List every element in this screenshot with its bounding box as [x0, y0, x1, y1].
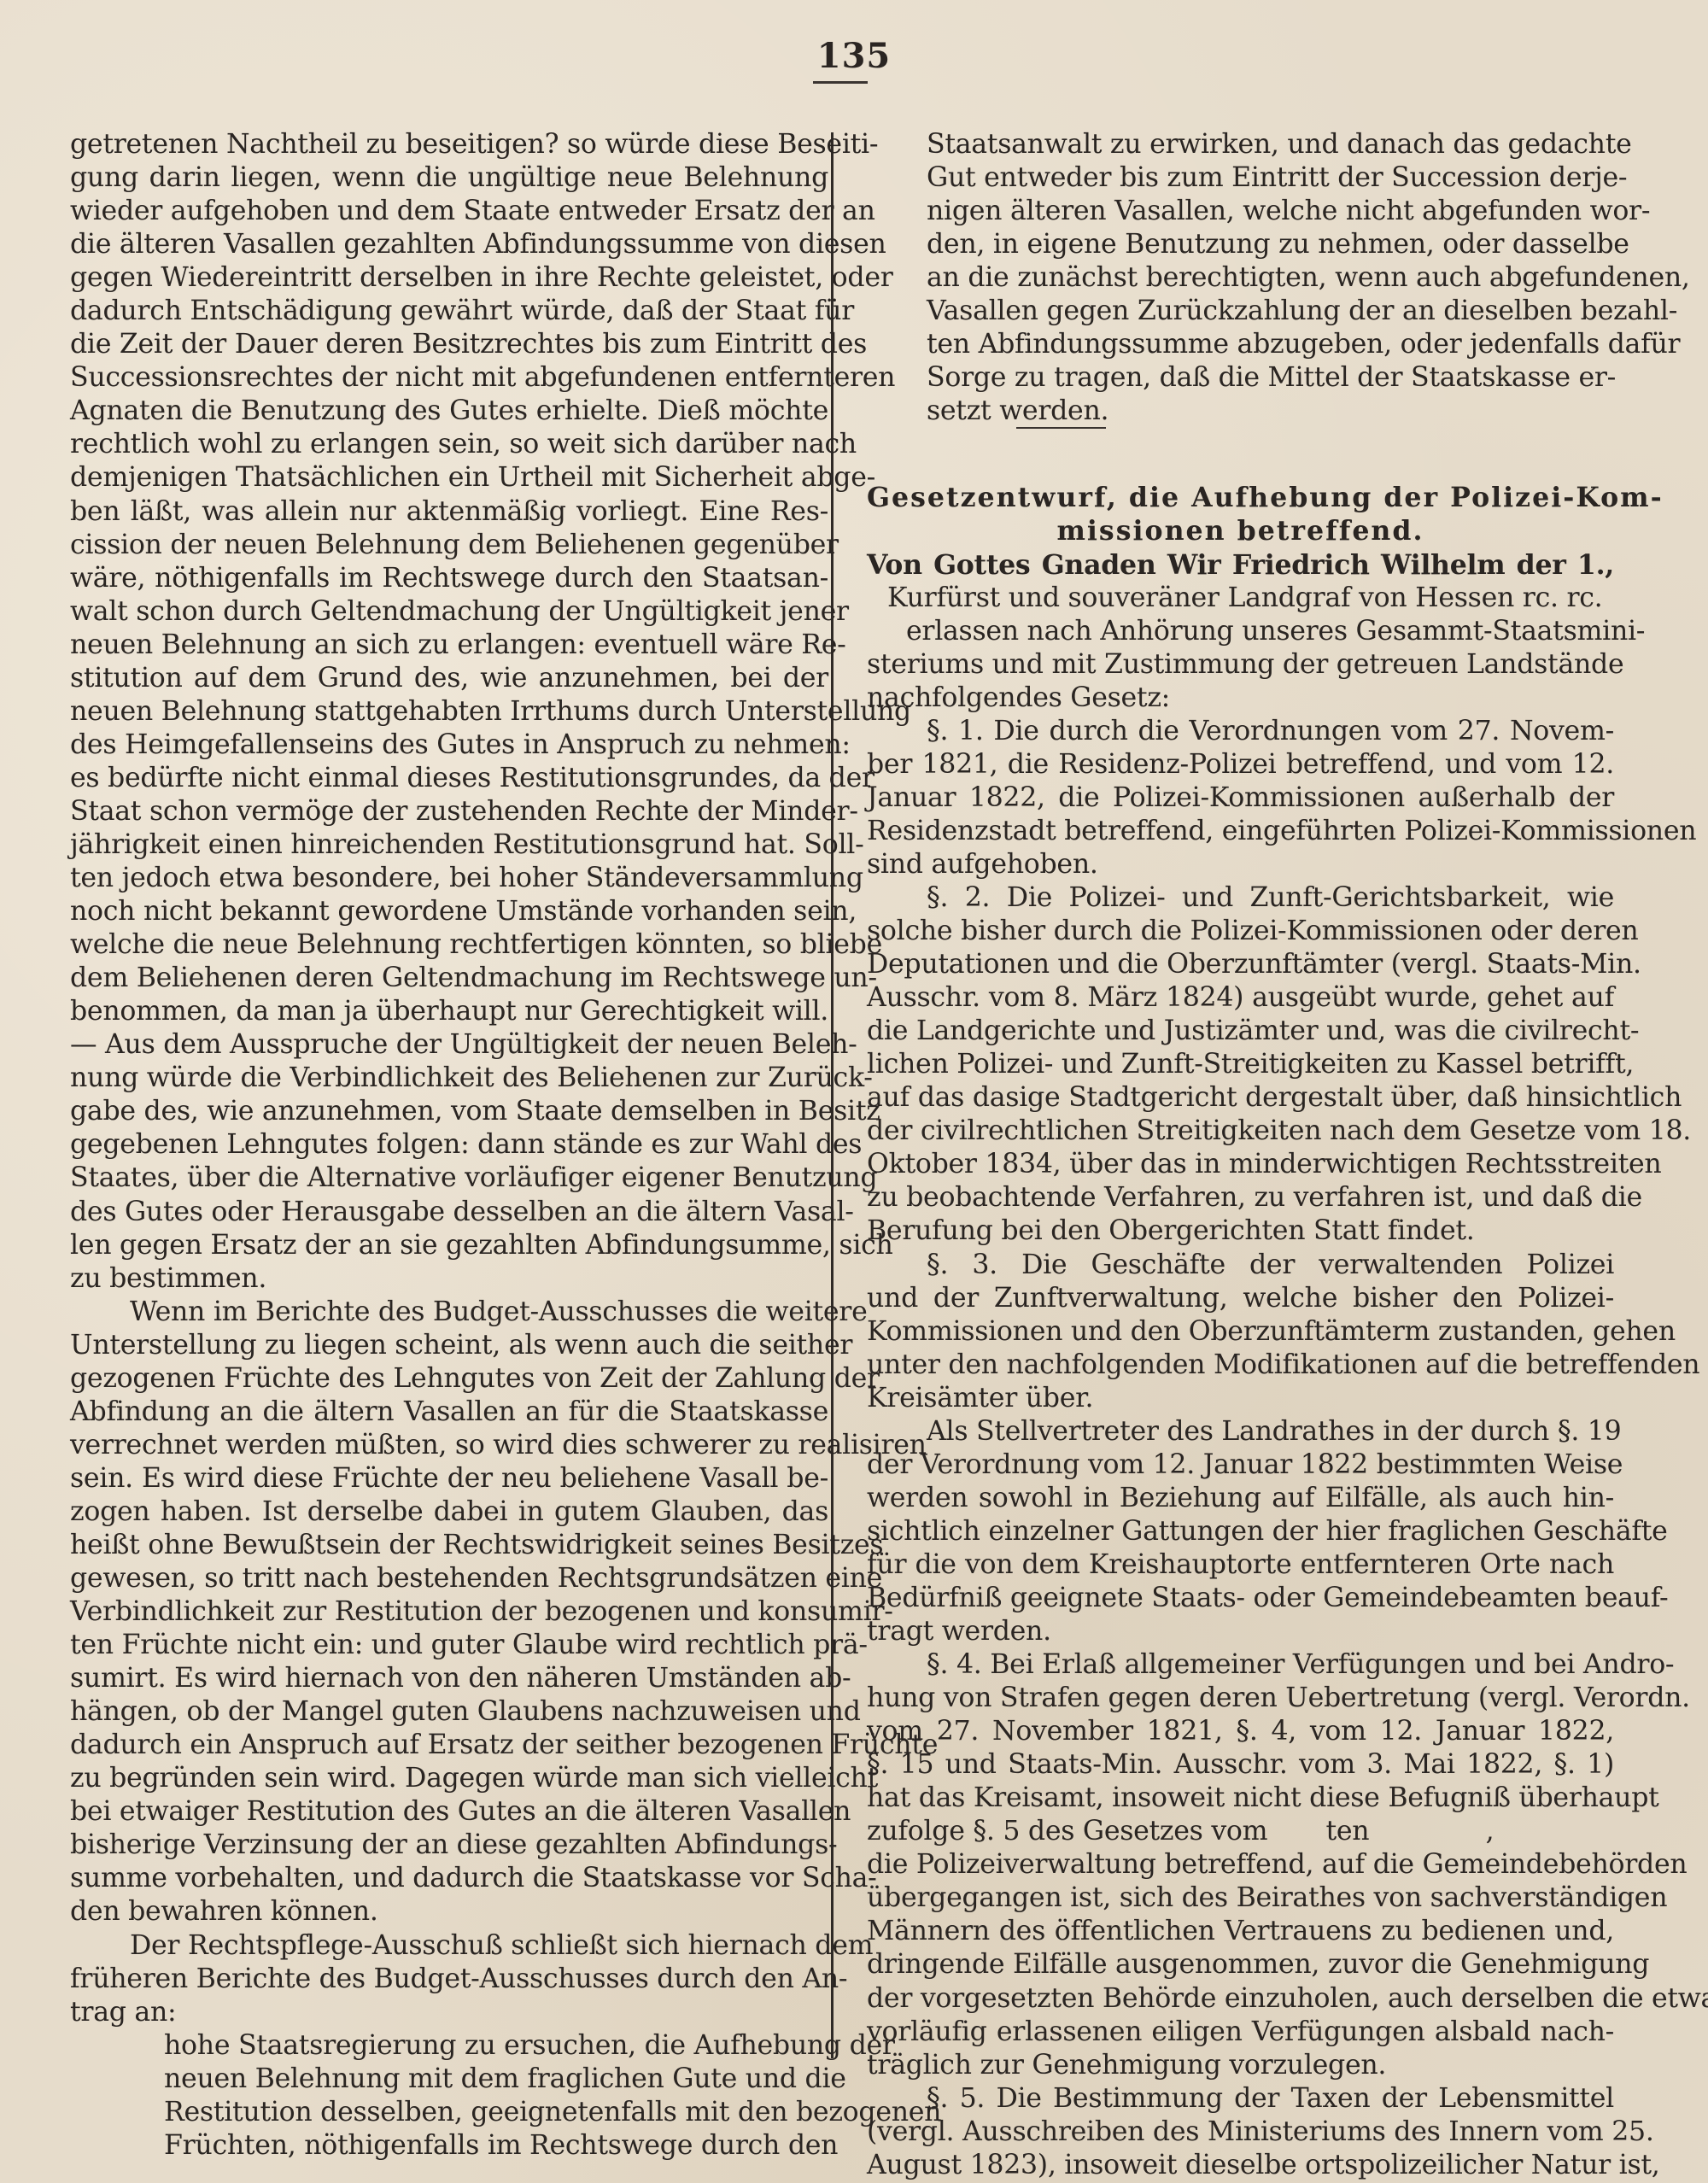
section-line: vom 27. November 1821, §. 4, vom 12. Jan…: [867, 1715, 1614, 1748]
text-line: stitution auf dem Grund des, wie anzuneh…: [70, 662, 828, 695]
section-line: der vorgesetzten Behörde einzuholen, auc…: [867, 1982, 1614, 2016]
text-line: zu begründen sein wird. Dagegen würde ma…: [70, 1762, 828, 1795]
text-line: demjenigen Thatsächlichen ein Urtheil mi…: [70, 461, 828, 495]
text-line: des Heimgefallenseins des Gutes in Anspr…: [70, 729, 828, 762]
preamble-line: Von Gottes Gnaden Wir Friedrich Wilhelm …: [867, 548, 1614, 582]
section-line: auf das dasige Stadtgericht dergestalt ü…: [867, 1081, 1614, 1115]
text-line: des Gutes oder Herausgabe desselben an d…: [70, 1196, 828, 1229]
section-line: hat das Kreisamt, insoweit nicht diese B…: [867, 1782, 1614, 1815]
text-line: zogen haben. Ist derselbe dabei in gutem…: [70, 1495, 828, 1529]
heading-line: Gesetzentwurf, die Aufhebung der Polizei…: [867, 481, 1614, 514]
text-line: Agnaten die Benutzung des Gutes erhielte…: [70, 395, 828, 428]
section-line: Januar 1822, die Polizei-Kommissionen au…: [867, 781, 1614, 815]
section-line: zu beobachtende Verfahren, zu verfahren …: [867, 1181, 1614, 1214]
text-line: bisherige Verzinsung der an diese gezahl…: [70, 1829, 828, 1862]
text-line: len gegen Ersatz der an sie gezahlten Ab…: [70, 1229, 828, 1262]
motion-text-line: Früchten, nöthigenfalls im Rechtswege du…: [70, 2129, 828, 2163]
section-separator-rule: [1016, 427, 1106, 429]
section-line: §. 3. Die Geschäfte der verwaltenden Pol…: [867, 1249, 1614, 1282]
section-line: übergegangen ist, sich des Beirathes von…: [867, 1882, 1614, 1915]
text-line: Sorge zu tragen, daß die Mittel der Staa…: [927, 361, 1614, 395]
text-line: dadurch ein Anspruch auf Ersatz der seit…: [70, 1729, 828, 1762]
section-line: hung von Strafen gegen deren Uebertretun…: [867, 1682, 1614, 1715]
paragraph-start: Der Rechtspflege-Ausschuß schließt sich …: [70, 1929, 828, 1963]
text-line: Verbindlichkeit zur Restitution der bezo…: [70, 1595, 828, 1629]
text-line: neuen Belehnung stattgehabten Irrthums d…: [70, 695, 828, 729]
text-line: den, in eigene Benutzung zu nehmen, oder…: [927, 228, 1614, 261]
preamble-line: Kurfürst und souveräner Landgraf von Hes…: [867, 582, 1614, 615]
text-line: zu bestimmen.: [70, 1262, 828, 1296]
text-line: heißt ohne Bewußtsein der Rechtswidrigke…: [70, 1529, 828, 1562]
text-line: cission der neuen Belehnung dem Beliehen…: [70, 529, 828, 562]
text-line: noch nicht bekannt gewordene Umstände vo…: [70, 895, 828, 928]
section-line: die Landgerichte und Justizämter und, wa…: [867, 1015, 1614, 1048]
section-line: Männern des öffentlichen Vertrauens zu b…: [867, 1915, 1614, 1948]
section-line: §. 5. Die Bestimmung der Taxen der Leben…: [867, 2082, 1614, 2116]
text-line: ten jedoch etwa besondere, bei hoher Stä…: [70, 862, 828, 895]
text-line: dem Beliehenen deren Geltendmachung im R…: [70, 962, 828, 995]
preamble: Von Gottes Gnaden Wir Friedrich Wilhelm …: [867, 548, 1614, 715]
section-line: tragt werden.: [867, 1615, 1614, 1648]
text-line: ten Abfindungssumme abzugeben, oder jede…: [927, 328, 1614, 361]
text-line: die Zeit der Dauer deren Besitzrechtes b…: [70, 328, 828, 361]
section-line: Residenzstadt betreffend, eingeführten P…: [867, 815, 1614, 848]
page-number-rule: [813, 81, 868, 84]
section-line: §. 4. Bei Erlaß allgemeiner Verfügungen …: [867, 1648, 1614, 1682]
section-line: Ausschr. vom 8. März 1824) ausgeübt wurd…: [867, 981, 1614, 1015]
text-line: rechtlich wohl zu erlangen sein, so weit…: [70, 428, 828, 461]
section-line: und der Zunftverwaltung, welche bisher d…: [867, 1282, 1614, 1315]
section-gap: [867, 428, 1614, 481]
text-line: benommen, da man ja überhaupt nur Gerech…: [70, 995, 828, 1028]
section-line: Bedürfniß geeignete Staats- oder Gemeind…: [867, 1582, 1614, 1615]
section-line: zufolge §. 5 des Gesetzes vom ten ,: [867, 1815, 1614, 1848]
section-line: unter den nachfolgenden Modifikationen a…: [867, 1349, 1614, 1382]
section-line: werden sowohl in Beziehung auf Eilfälle,…: [867, 1482, 1614, 1515]
text-line: setzt werden.: [927, 395, 1614, 428]
text-line: Unterstellung zu liegen scheint, als wen…: [70, 1329, 828, 1362]
section-line: lichen Polizei- und Zunft-Streitigkeiten…: [867, 1048, 1614, 1081]
section-line: sichtlich einzelner Gattungen der hier f…: [867, 1515, 1614, 1548]
preamble-line: nachfolgendes Gesetz:: [867, 682, 1614, 715]
section-line: (vergl. Ausschreiben des Ministeriums de…: [867, 2116, 1614, 2149]
section-line: Oktober 1834, über das in minderwichtige…: [867, 1148, 1614, 1181]
text-line: summe vorbehalten, und dadurch die Staat…: [70, 1862, 828, 1895]
text-line: nung würde die Verbindlichkeit des Belie…: [70, 1062, 828, 1095]
motion-text-line: neuen Belehnung mit dem fraglichen Gute …: [70, 2063, 828, 2096]
text-line: Abfindung an die ältern Vasallen an für …: [70, 1396, 828, 1429]
section-line: August 1823), insoweit dieselbe ortspoli…: [867, 2149, 1614, 2182]
text-line: Staates, über die Alternative vorläufige…: [70, 1162, 828, 1195]
section-line: Deputationen und die Oberzunftämter (ver…: [867, 948, 1614, 981]
text-line: neuen Belehnung an sich zu erlangen: eve…: [70, 629, 828, 662]
text-line: walt schon durch Geltendmachung der Ungü…: [70, 595, 828, 629]
right-column: Staatsanwalt zu erwirken, und danach das…: [867, 128, 1614, 2182]
text-line: Staatsanwalt zu erwirken, und danach das…: [927, 128, 1614, 161]
section-line: §. 2. Die Polizei- und Zunft-Gerichtsbar…: [867, 881, 1614, 915]
section-3: §. 3. Die Geschäfte der verwaltenden Pol…: [867, 1249, 1614, 1415]
section-line: sind aufgehoben.: [867, 848, 1614, 881]
text-line: früheren Berichte des Budget-Ausschusses…: [70, 1963, 828, 1996]
text-line: Gut entweder bis zum Eintritt der Succes…: [927, 161, 1614, 195]
text-line: gung darin liegen, wenn die ungültige ne…: [70, 161, 828, 195]
text-line: ten Früchte nicht ein: und guter Glaube …: [70, 1629, 828, 1662]
section-line: vorläufig erlassenen eiligen Verfügungen…: [867, 2016, 1614, 2049]
text-line: wieder aufgehoben und dem Staate entwede…: [70, 195, 828, 228]
section-1: §. 1. Die durch die Verordnungen vom 27.…: [867, 715, 1614, 881]
text-line: die älteren Vasallen gezahlten Abfindung…: [70, 228, 828, 261]
text-line: Successionsrechtes der nicht mit abgefun…: [70, 361, 828, 395]
section-line: Berufung bei den Obergerichten Statt fin…: [867, 1214, 1614, 1248]
text-line: getretenen Nachtheil zu beseitigen? so w…: [70, 128, 828, 161]
motion-text-line: hohe Staatsregierung zu ersuchen, die Au…: [70, 2029, 828, 2063]
section-line: Als Stellvertreter des Landrathes in der…: [867, 1415, 1614, 1449]
text-line: gegen Wiedereintritt derselben in ihre R…: [70, 261, 828, 295]
text-line: nigen älteren Vasallen, welche nicht abg…: [927, 195, 1614, 228]
text-line: gewesen, so tritt nach bestehenden Recht…: [70, 1562, 828, 1595]
paragraph-start: Wenn im Berichte des Budget-Ausschusses …: [70, 1296, 828, 1329]
section-line: der civilrechtlichen Streitigkeiten nach…: [867, 1115, 1614, 1148]
section-line: solche bisher durch die Polizei-Kommissi…: [867, 915, 1614, 948]
text-line: Vasallen gegen Zurückzahlung der an dies…: [927, 295, 1614, 328]
law-heading: Gesetzentwurf, die Aufhebung der Polizei…: [867, 481, 1614, 547]
text-line: sumirt. Es wird hiernach von den näheren…: [70, 1662, 828, 1695]
section-line: für die von dem Kreishauptorte entfernte…: [867, 1548, 1614, 1582]
text-line: Staat schon vermöge der zustehenden Rech…: [70, 795, 828, 828]
heading-line: missionen betreffend.: [867, 514, 1614, 547]
preamble-line: erlassen nach Anhörung unseres Gesammt-S…: [867, 615, 1614, 648]
preamble-line: steriums und mit Zustimmung der getreuen…: [867, 648, 1614, 682]
text-line: trag an:: [70, 1996, 828, 2029]
text-line: — Aus dem Ausspruche der Ungültigkeit de…: [70, 1028, 828, 1062]
text-line: jährigkeit einen hinreichenden Restituti…: [70, 828, 828, 862]
text-line: bei etwaiger Restitution des Gutes an di…: [70, 1795, 828, 1829]
text-line: den bewahren können.: [70, 1895, 828, 1928]
section-line: der Verordnung vom 12. Januar 1822 besti…: [867, 1449, 1614, 1482]
continuation-block: Staatsanwalt zu erwirken, und danach das…: [867, 128, 1614, 428]
text-line: wäre, nöthigenfalls im Rechtswege durch …: [70, 562, 828, 595]
section-line: §. 1. Die durch die Verordnungen vom 27.…: [867, 715, 1614, 748]
section-line: träglich zur Genehmigung vorzulegen.: [867, 2049, 1614, 2082]
page-number: 135: [0, 36, 1708, 76]
section-4: §. 4. Bei Erlaß allgemeiner Verfügungen …: [867, 1648, 1614, 2082]
text-line: gabe des, wie anzunehmen, vom Staate dem…: [70, 1095, 828, 1128]
text-line: gezogenen Früchte des Lehngutes von Zeit…: [70, 1362, 828, 1396]
section-line: die Polizeiverwaltung betreffend, auf di…: [867, 1848, 1614, 1882]
section-line: §. 15 und Staats-Min. Ausschr. vom 3. Ma…: [867, 1748, 1614, 1782]
section-line: ber 1821, die Residenz-Polizei betreffen…: [867, 748, 1614, 781]
left-column: getretenen Nachtheil zu beseitigen? so w…: [70, 128, 828, 2163]
text-line: welche die neue Belehnung rechtfertigen …: [70, 928, 828, 962]
text-line: dadurch Entschädigung gewährt würde, daß…: [70, 295, 828, 328]
section-5: §. 5. Die Bestimmung der Taxen der Leben…: [867, 2082, 1614, 2182]
motion-text-line: Restitution desselben, geeignetenfalls m…: [70, 2096, 828, 2129]
text-line: gegebenen Lehngutes folgen: dann stände …: [70, 1128, 828, 1162]
section-line: Kreisämter über.: [867, 1382, 1614, 1415]
section-3-paragraph-2: Als Stellvertreter des Landrathes in der…: [867, 1415, 1614, 1648]
text-line: sein. Es wird diese Früchte der neu beli…: [70, 1462, 828, 1495]
section-line: Kommissionen und den Oberzunftämterm zus…: [867, 1315, 1614, 1349]
section-line: dringende Eilfälle ausgenommen, zuvor di…: [867, 1948, 1614, 1981]
text-line: verrechnet werden müßten, so wird dies s…: [70, 1429, 828, 1462]
text-line: es bedürfte nicht einmal dieses Restitut…: [70, 762, 828, 795]
section-2: §. 2. Die Polizei- und Zunft-Gerichtsbar…: [867, 881, 1614, 1249]
text-line: ben läßt, was allein nur aktenmäßig vorl…: [70, 495, 828, 529]
text-line: an die zunächst berechtigten, wenn auch …: [927, 261, 1614, 295]
text-line: hängen, ob der Mangel guten Glaubens nac…: [70, 1695, 828, 1729]
